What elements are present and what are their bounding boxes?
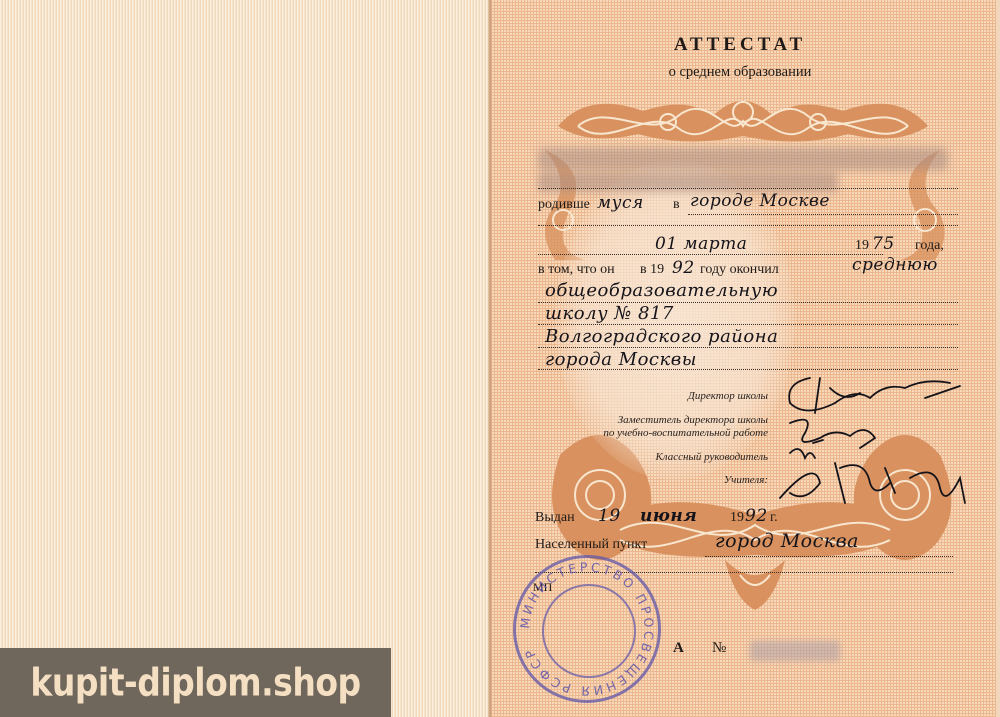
- number-sign: №: [712, 640, 726, 657]
- issued-label: Выдан: [535, 510, 575, 526]
- watermark-banner: kupit-diplom.shop: [0, 648, 391, 717]
- signatory-teachers: Учителя:: [724, 474, 768, 486]
- watermark-text: kupit-diplom.shop: [30, 660, 360, 705]
- school-line-3: Волгоградского района: [545, 326, 778, 347]
- svg-text:МИНИСТЕРСТВО ПРОСВЕЩЕНИЯ РСФСР: МИНИСТЕРСТВО ПРОСВЕЩЕНИЯ РСФСР: [517, 559, 657, 698]
- issued-year-suffix: г.: [770, 510, 778, 526]
- school-line-4: города Москвы: [545, 349, 697, 370]
- issued-year: 92: [745, 506, 768, 526]
- locality-line: [705, 556, 953, 557]
- born-suffix: муся: [597, 193, 644, 213]
- birth-year: 75: [872, 234, 895, 254]
- born-in-label: в: [673, 197, 680, 213]
- locality-value: город Москва: [715, 530, 859, 552]
- birth-date-line: [538, 254, 883, 255]
- birth-date: 01 марта: [655, 234, 747, 254]
- extra-line: [538, 225, 958, 226]
- school-line-2: школу № 817: [545, 303, 674, 324]
- name-line: [538, 188, 958, 189]
- graduation-year: 92: [672, 258, 695, 278]
- graduated-label-3: году окончил: [700, 262, 779, 278]
- born-place-line: [688, 214, 958, 215]
- signatory-director: Директор школы: [688, 390, 768, 402]
- graduated-label-2: в 19: [640, 262, 664, 278]
- signatory-class-teacher: Классный руководитель: [655, 451, 768, 463]
- serial-prefix: А: [673, 640, 684, 657]
- school-line-2-rule: [538, 324, 958, 325]
- school-line-0: среднюю: [852, 255, 938, 275]
- official-stamp: МИНИСТЕРСТВО ПРОСВЕЩЕНИЯ РСФСР: [513, 555, 661, 703]
- school-line-1: общеобразовательную: [545, 280, 778, 301]
- issued-month: июня: [640, 506, 697, 526]
- signatures: [775, 358, 975, 518]
- born-label: родивше: [538, 197, 590, 213]
- born-place: городе Москве: [690, 191, 830, 211]
- year-suffix: года,: [915, 238, 944, 254]
- issued-day: 19: [598, 506, 621, 526]
- stamp-text: МИНИСТЕРСТВО ПРОСВЕЩЕНИЯ РСФСР: [516, 558, 658, 700]
- locality-label: Населенный пункт: [535, 537, 647, 553]
- issued-year-prefix: 19: [730, 510, 744, 526]
- holder-name-redacted-line1: [538, 148, 948, 170]
- graduated-label-1: в том, что он: [538, 262, 615, 278]
- signatory-deputy-1: Заместитель директора школы: [618, 414, 768, 426]
- right-page-edge: [996, 0, 1000, 717]
- left-page-cover: [0, 0, 488, 717]
- holder-name-redacted-line2: [538, 172, 838, 192]
- birth-year-prefix: 19: [855, 238, 869, 254]
- serial-number-redacted: [750, 641, 840, 661]
- document-title: АТТЕСТАТ: [640, 34, 840, 56]
- document-subtitle: о среднем образовании: [600, 64, 880, 81]
- school-line-3-rule: [538, 347, 958, 348]
- signatory-deputy-2: по учебно-воспитательной работе: [603, 427, 768, 439]
